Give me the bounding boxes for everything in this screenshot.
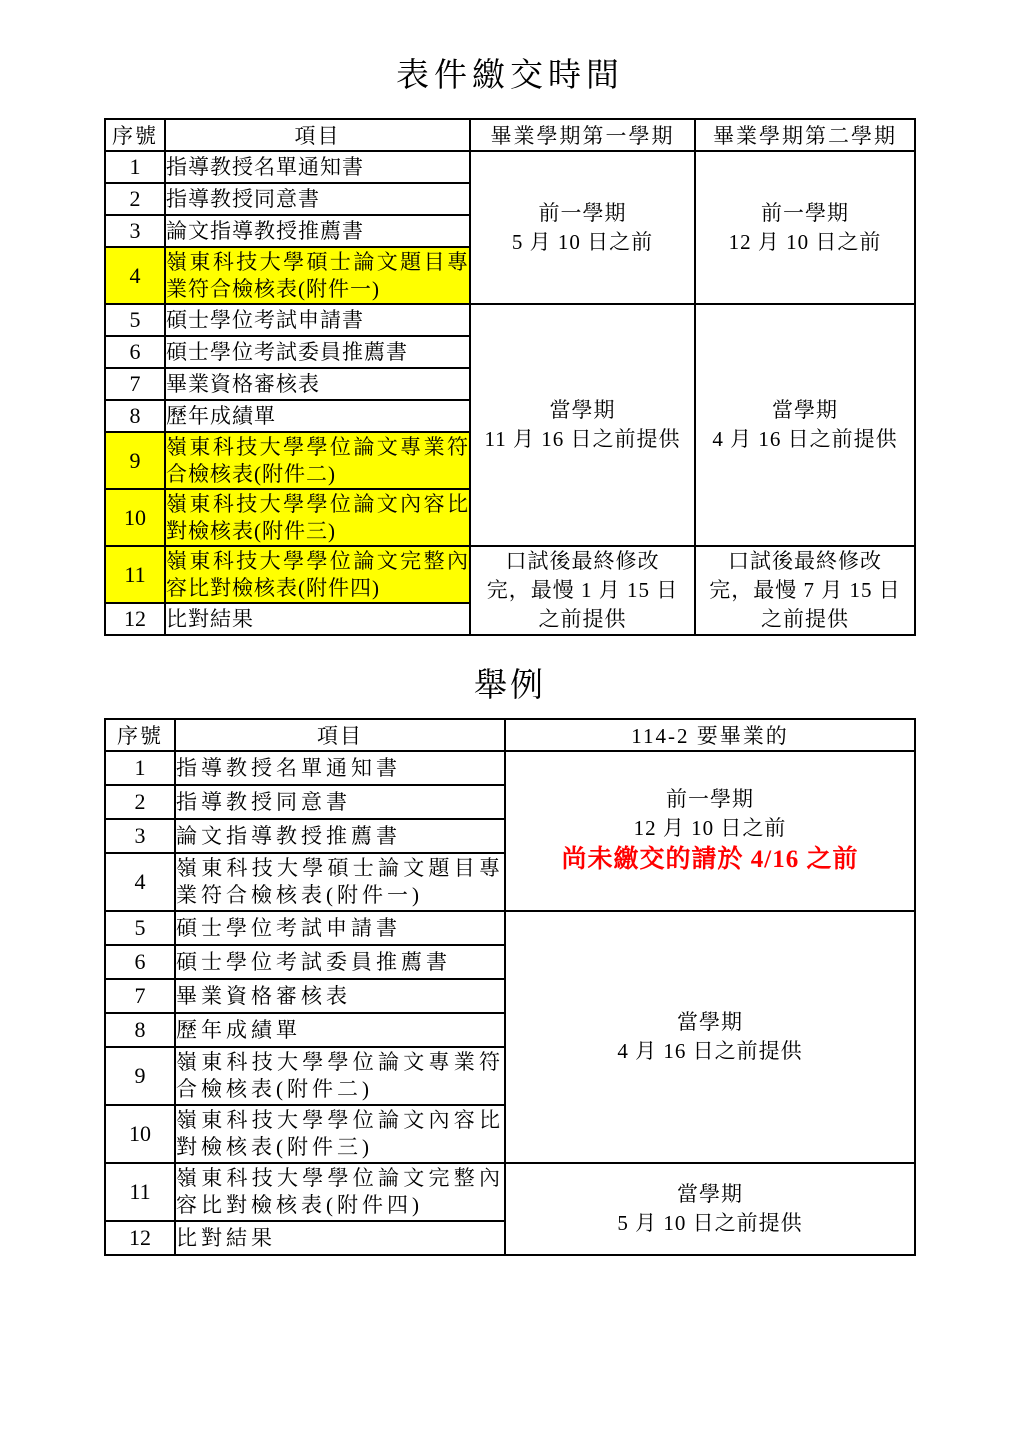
table2-header-seq: 序號 [105, 719, 175, 751]
deadline-line: 當學期 [471, 396, 694, 425]
deadline-line: 完，最慢 7 月 15 日 [696, 576, 914, 605]
submission-schedule-table: 序號 項目 畢業學期第一學期 畢業學期第二學期 1 指導教授名單通知書 前一學期… [104, 118, 916, 636]
table2-header-row: 序號 項目 114-2 要畢業的 [105, 719, 915, 751]
deadline-line: 當學期 [506, 1008, 914, 1037]
deadline-line: 5 月 10 日之前提供 [506, 1209, 914, 1238]
table1-header-seq: 序號 [105, 119, 165, 151]
deadline-cell-rows5-10-sem1: 當學期 11 月 16 日之前提供 [470, 304, 695, 546]
seq-cell: 7 [105, 368, 165, 400]
item-cell: 嶺東科技大學學位論文內容比對檢核表(附件三) [165, 489, 470, 546]
table-row: 11 嶺東科技大學學位論文完整內容比對檢核表(附件四) 當學期 5 月 10 日… [105, 1163, 915, 1221]
seq-cell: 5 [105, 304, 165, 336]
document-page: 表件繳交時間 序號 項目 畢業學期第一學期 畢業學期第二學期 1 指導教授名單通… [0, 0, 1018, 1440]
seq-cell: 12 [105, 603, 165, 635]
item-cell: 碩士學位考試委員推薦書 [175, 945, 505, 979]
deadline-line: 當學期 [696, 396, 914, 425]
seq-cell: 2 [105, 183, 165, 215]
seq-cell: 1 [105, 151, 165, 183]
seq-cell: 11 [105, 1163, 175, 1221]
item-cell: 嶺東科技大學學位論文專業符合檢核表(附件二) [175, 1047, 505, 1105]
seq-cell: 10 [105, 1105, 175, 1163]
seq-cell: 10 [105, 489, 165, 546]
table1-header-item: 項目 [165, 119, 470, 151]
seq-cell: 9 [105, 1047, 175, 1105]
seq-cell: 1 [105, 751, 175, 785]
overdue-alert-text: 尚未繳交的請於 4/16 之前 [506, 843, 914, 877]
seq-cell: 6 [105, 945, 175, 979]
seq-cell: 5 [105, 911, 175, 945]
page-title: 表件繳交時間 [104, 56, 916, 96]
deadline-line: 4 月 16 日之前提供 [696, 425, 914, 454]
table1-header-sem2: 畢業學期第二學期 [695, 119, 915, 151]
seq-cell: 8 [105, 400, 165, 432]
example-schedule-table: 序號 項目 114-2 要畢業的 1 指導教授名單通知書 前一學期 12 月 1… [104, 718, 916, 1256]
item-cell: 碩士學位考試申請書 [175, 911, 505, 945]
item-cell: 碩士學位考試申請書 [165, 304, 470, 336]
item-cell: 比對結果 [175, 1221, 505, 1255]
item-cell: 指導教授同意書 [175, 785, 505, 819]
table-row: 1 指導教授名單通知書 前一學期 5 月 10 日之前 前一學期 12 月 10… [105, 151, 915, 183]
deadline-line: 12 月 10 日之前 [696, 228, 914, 257]
deadline-line: 11 月 16 日之前提供 [471, 425, 694, 454]
seq-cell: 4 [105, 853, 175, 911]
table2-header-term: 114-2 要畢業的 [505, 719, 915, 751]
deadline-cell-rows1-4-sem2: 前一學期 12 月 10 日之前 [695, 151, 915, 304]
deadline-cell-rows11-12: 當學期 5 月 10 日之前提供 [505, 1163, 915, 1255]
item-cell: 指導教授名單通知書 [165, 151, 470, 183]
example-section-title: 舉例 [104, 666, 916, 706]
deadline-line: 前一學期 [471, 199, 694, 228]
seq-cell: 7 [105, 979, 175, 1013]
deadline-cell-rows11-12-sem2: 口試後最終修改 完，最慢 7 月 15 日 之前提供 [695, 546, 915, 635]
deadline-line: 口試後最終修改 [696, 547, 914, 576]
item-cell: 嶺東科技大學學位論文專業符合檢核表(附件二) [165, 432, 470, 489]
item-cell: 嶺東科技大學碩士論文題目專業符合檢核表(附件一) [165, 247, 470, 304]
deadline-line: 12 月 10 日之前 [506, 814, 914, 843]
seq-cell: 3 [105, 215, 165, 247]
deadline-line: 口試後最終修改 [471, 547, 694, 576]
table-row: 1 指導教授名單通知書 前一學期 12 月 10 日之前 尚未繳交的請於 4/1… [105, 751, 915, 785]
item-cell: 論文指導教授推薦書 [165, 215, 470, 247]
deadline-line: 前一學期 [506, 785, 914, 814]
item-cell: 歷年成績單 [175, 1013, 505, 1047]
deadline-line: 當學期 [506, 1180, 914, 1209]
item-cell: 歷年成績單 [165, 400, 470, 432]
deadline-line: 4 月 16 日之前提供 [506, 1037, 914, 1066]
deadline-cell-rows1-4-sem1: 前一學期 5 月 10 日之前 [470, 151, 695, 304]
seq-cell: 2 [105, 785, 175, 819]
deadline-line: 前一學期 [696, 199, 914, 228]
item-cell: 比對結果 [165, 603, 470, 635]
deadline-cell-rows1-4: 前一學期 12 月 10 日之前 尚未繳交的請於 4/16 之前 [505, 751, 915, 911]
item-cell: 指導教授同意書 [165, 183, 470, 215]
seq-cell: 11 [105, 546, 165, 603]
seq-cell: 12 [105, 1221, 175, 1255]
seq-cell: 3 [105, 819, 175, 853]
item-cell: 畢業資格審核表 [165, 368, 470, 400]
seq-cell: 8 [105, 1013, 175, 1047]
item-cell: 畢業資格審核表 [175, 979, 505, 1013]
table1-header-row: 序號 項目 畢業學期第一學期 畢業學期第二學期 [105, 119, 915, 151]
table-row: 5 碩士學位考試申請書 當學期 11 月 16 日之前提供 當學期 4 月 16… [105, 304, 915, 336]
item-cell: 嶺東科技大學學位論文內容比對檢核表(附件三) [175, 1105, 505, 1163]
table2-header-item: 項目 [175, 719, 505, 751]
item-cell: 嶺東科技大學學位論文完整內容比對檢核表(附件四) [165, 546, 470, 603]
table-row-highlighted: 11 嶺東科技大學學位論文完整內容比對檢核表(附件四) 口試後最終修改 完，最慢… [105, 546, 915, 603]
item-cell: 指導教授名單通知書 [175, 751, 505, 785]
seq-cell: 6 [105, 336, 165, 368]
seq-cell: 4 [105, 247, 165, 304]
table1-header-sem1: 畢業學期第一學期 [470, 119, 695, 151]
deadline-line: 完，最慢 1 月 15 日 [471, 576, 694, 605]
item-cell: 嶺東科技大學學位論文完整內容比對檢核表(附件四) [175, 1163, 505, 1221]
seq-cell: 9 [105, 432, 165, 489]
deadline-line: 之前提供 [696, 605, 914, 634]
item-cell: 碩士學位考試委員推薦書 [165, 336, 470, 368]
table-row: 5 碩士學位考試申請書 當學期 4 月 16 日之前提供 [105, 911, 915, 945]
item-cell: 嶺東科技大學碩士論文題目專業符合檢核表(附件一) [175, 853, 505, 911]
deadline-line: 之前提供 [471, 605, 694, 634]
deadline-line: 5 月 10 日之前 [471, 228, 694, 257]
deadline-cell-rows5-10-sem2: 當學期 4 月 16 日之前提供 [695, 304, 915, 546]
deadline-cell-rows5-10: 當學期 4 月 16 日之前提供 [505, 911, 915, 1163]
item-cell: 論文指導教授推薦書 [175, 819, 505, 853]
deadline-cell-rows11-12-sem1: 口試後最終修改 完，最慢 1 月 15 日 之前提供 [470, 546, 695, 635]
